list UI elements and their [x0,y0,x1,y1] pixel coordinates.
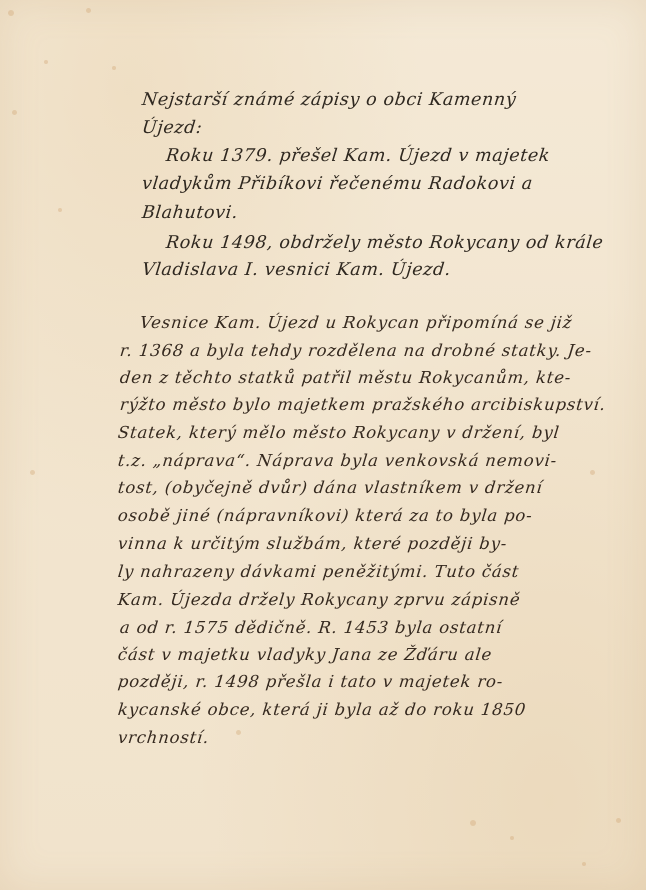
text-line: Blahutovi. [141,203,239,223]
foxing-spot [12,110,17,115]
text-line: Kam. Újezda držely Rokycany zprvu zápisn… [117,590,521,609]
text-line: vladykům Přibíkovi řečenému Radokovi a [141,174,534,194]
foxing-spot [582,862,586,866]
foxing-spot [44,60,48,64]
foxing-spot [86,8,91,13]
text-line: rýžto město bylo majetkem pražského arci… [119,395,607,414]
text-line: později, r. 1498 přešla i tato v majetek… [117,672,504,691]
foxing-spot [30,470,35,475]
manuscript-page: Nejstarší známé zápisy o obci Kamenný Új… [0,0,646,890]
foxing-spot [510,836,514,840]
text-line: Vladislava I. vesnici Kam. Újezd. [141,260,452,280]
text-line: tost, (obyčejně dvůr) dána vlastníkem v … [117,478,544,497]
text-line: Újezd: [141,118,204,138]
text-line: vrchností. [117,728,210,747]
text-line: osobě jiné (nápravníkovi) která za to by… [117,506,534,525]
foxing-spot [616,818,621,823]
text-line: r. 1368 a byla tehdy rozdělena na drobné… [119,341,593,360]
foxing-spot [590,470,595,475]
text-line: část v majetku vladyky Jana ze Žďáru ale [117,645,493,664]
foxing-spot [112,66,116,70]
foxing-spot [8,10,14,16]
foxing-spot [470,820,476,826]
foxing-spot [236,730,241,735]
text-line: Roku 1379. přešel Kam. Újezd v majetek [165,146,551,166]
text-line: kycanské obce, která ji byla až do roku … [117,700,527,719]
foxing-spot [58,208,62,212]
text-line: Nejstarší známé zápisy o obci Kamenný [141,90,517,110]
text-line: Vesnice Kam. Újezd u Rokycan připomíná s… [139,313,573,332]
text-line: Roku 1498, obdržely město Rokycany od kr… [165,233,605,253]
text-line: vinna k určitým službám, které později b… [117,534,508,553]
text-line: ly nahrazeny dávkami peněžitými. Tuto čá… [117,562,520,581]
text-line: t.z. „náprava“. Náprava byla venkovská n… [117,451,558,470]
text-line: Statek, který mělo město Rokycany v drže… [117,423,561,442]
text-line: den z těchto statků patřil městu Rokycan… [119,368,572,387]
text-line: a od r. 1575 dědičně. R. 1453 byla ostat… [119,618,503,637]
